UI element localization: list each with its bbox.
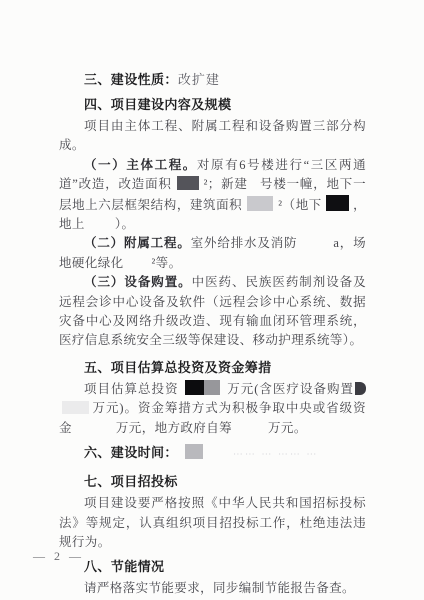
section6-heading: 六、建设时间：	[84, 445, 178, 460]
body-text: 万元(含医疗设备购置	[227, 382, 354, 396]
page-number: — 2 —	[33, 549, 84, 564]
body-text: ）。	[115, 217, 135, 231]
subsection-2-lead: （二）附属工程。	[84, 236, 191, 250]
section3-heading: 三、建设性质：	[84, 72, 178, 87]
document-content: 三、建设性质：改扩建 四、项目建设内容及规模 项目由主体工程、附属工程和设备购置…	[59, 70, 366, 599]
redaction-box-dark-gray	[177, 176, 199, 190]
section6-heading-line: 六、建设时间：⋯⋯ ⋯ ⋯⋯ ⋯	[59, 443, 366, 465]
section5-paragraph: 项目估算总投资万元(含医疗设备购置万元)。资金筹措方式为积极争取中央或省级资金万…	[59, 380, 366, 438]
redaction-box-pale-gray	[62, 401, 89, 414]
body-text: ²等。	[152, 256, 182, 270]
redaction-box-mid-gray	[204, 380, 220, 395]
body-text: 项目估算总投资	[84, 382, 179, 396]
subsection-3-lead: （三）设备购置。	[84, 275, 192, 289]
section3-value: 改扩建	[178, 72, 220, 87]
section3-heading-line: 三、建设性质：改扩建	[59, 70, 366, 90]
section4-heading: 四、项目建设内容及规模	[59, 95, 366, 115]
section7-heading: 七、项目招投标	[59, 472, 366, 492]
section7-paragraph: 项目建设要严格按照《中华人民共和国招标投标法》等规定，认真组织项目招投标工作，杜…	[59, 494, 366, 552]
redaction-box-small-dark	[355, 382, 366, 395]
redaction-box-time-gray	[185, 444, 203, 459]
body-text: 万元。	[268, 421, 307, 435]
section8-paragraph: 请严格落实节能要求，同步编制节能报告备查。	[59, 579, 366, 598]
body-text: ²（地下	[278, 198, 322, 212]
subsection-1-lead: （一）主体工程。	[84, 158, 197, 172]
ghost-faint-text: ⋯⋯ ⋯ ⋯⋯ ⋯	[233, 449, 319, 460]
section4-paragraph-2: （二）附属工程。室外给排水及消防a，场地硬化绿化²等。	[59, 234, 366, 273]
section4-intro: 项目由主体工程、附属工程和设备购置三部分构成。	[59, 117, 366, 156]
redaction-box-black	[185, 380, 204, 395]
redaction-box-light-gray	[247, 196, 273, 211]
body-text: 室外给排水及消防	[191, 236, 298, 250]
body-text: ²；新建	[204, 177, 248, 191]
section5-heading: 五、项目估算总投资及资金筹措	[59, 358, 366, 378]
body-text: 万元，地方政府自筹	[116, 421, 232, 435]
section4-paragraph-1: （一）主体工程。对原有6号楼进行“三区两通道”改造，改造面积²；新建号楼一幢，地…	[59, 156, 366, 235]
section4-paragraph-3: （三）设备购置。中医药、民族医药制剂设备及远程会诊中心设备及软件（远程会诊中心系…	[59, 273, 366, 351]
scanned-document-page: 三、建设性质：改扩建 四、项目建设内容及规模 项目由主体工程、附属工程和设备购置…	[0, 0, 424, 600]
redaction-box-black	[326, 195, 349, 211]
section8-heading: 八、节能情况	[59, 557, 366, 577]
